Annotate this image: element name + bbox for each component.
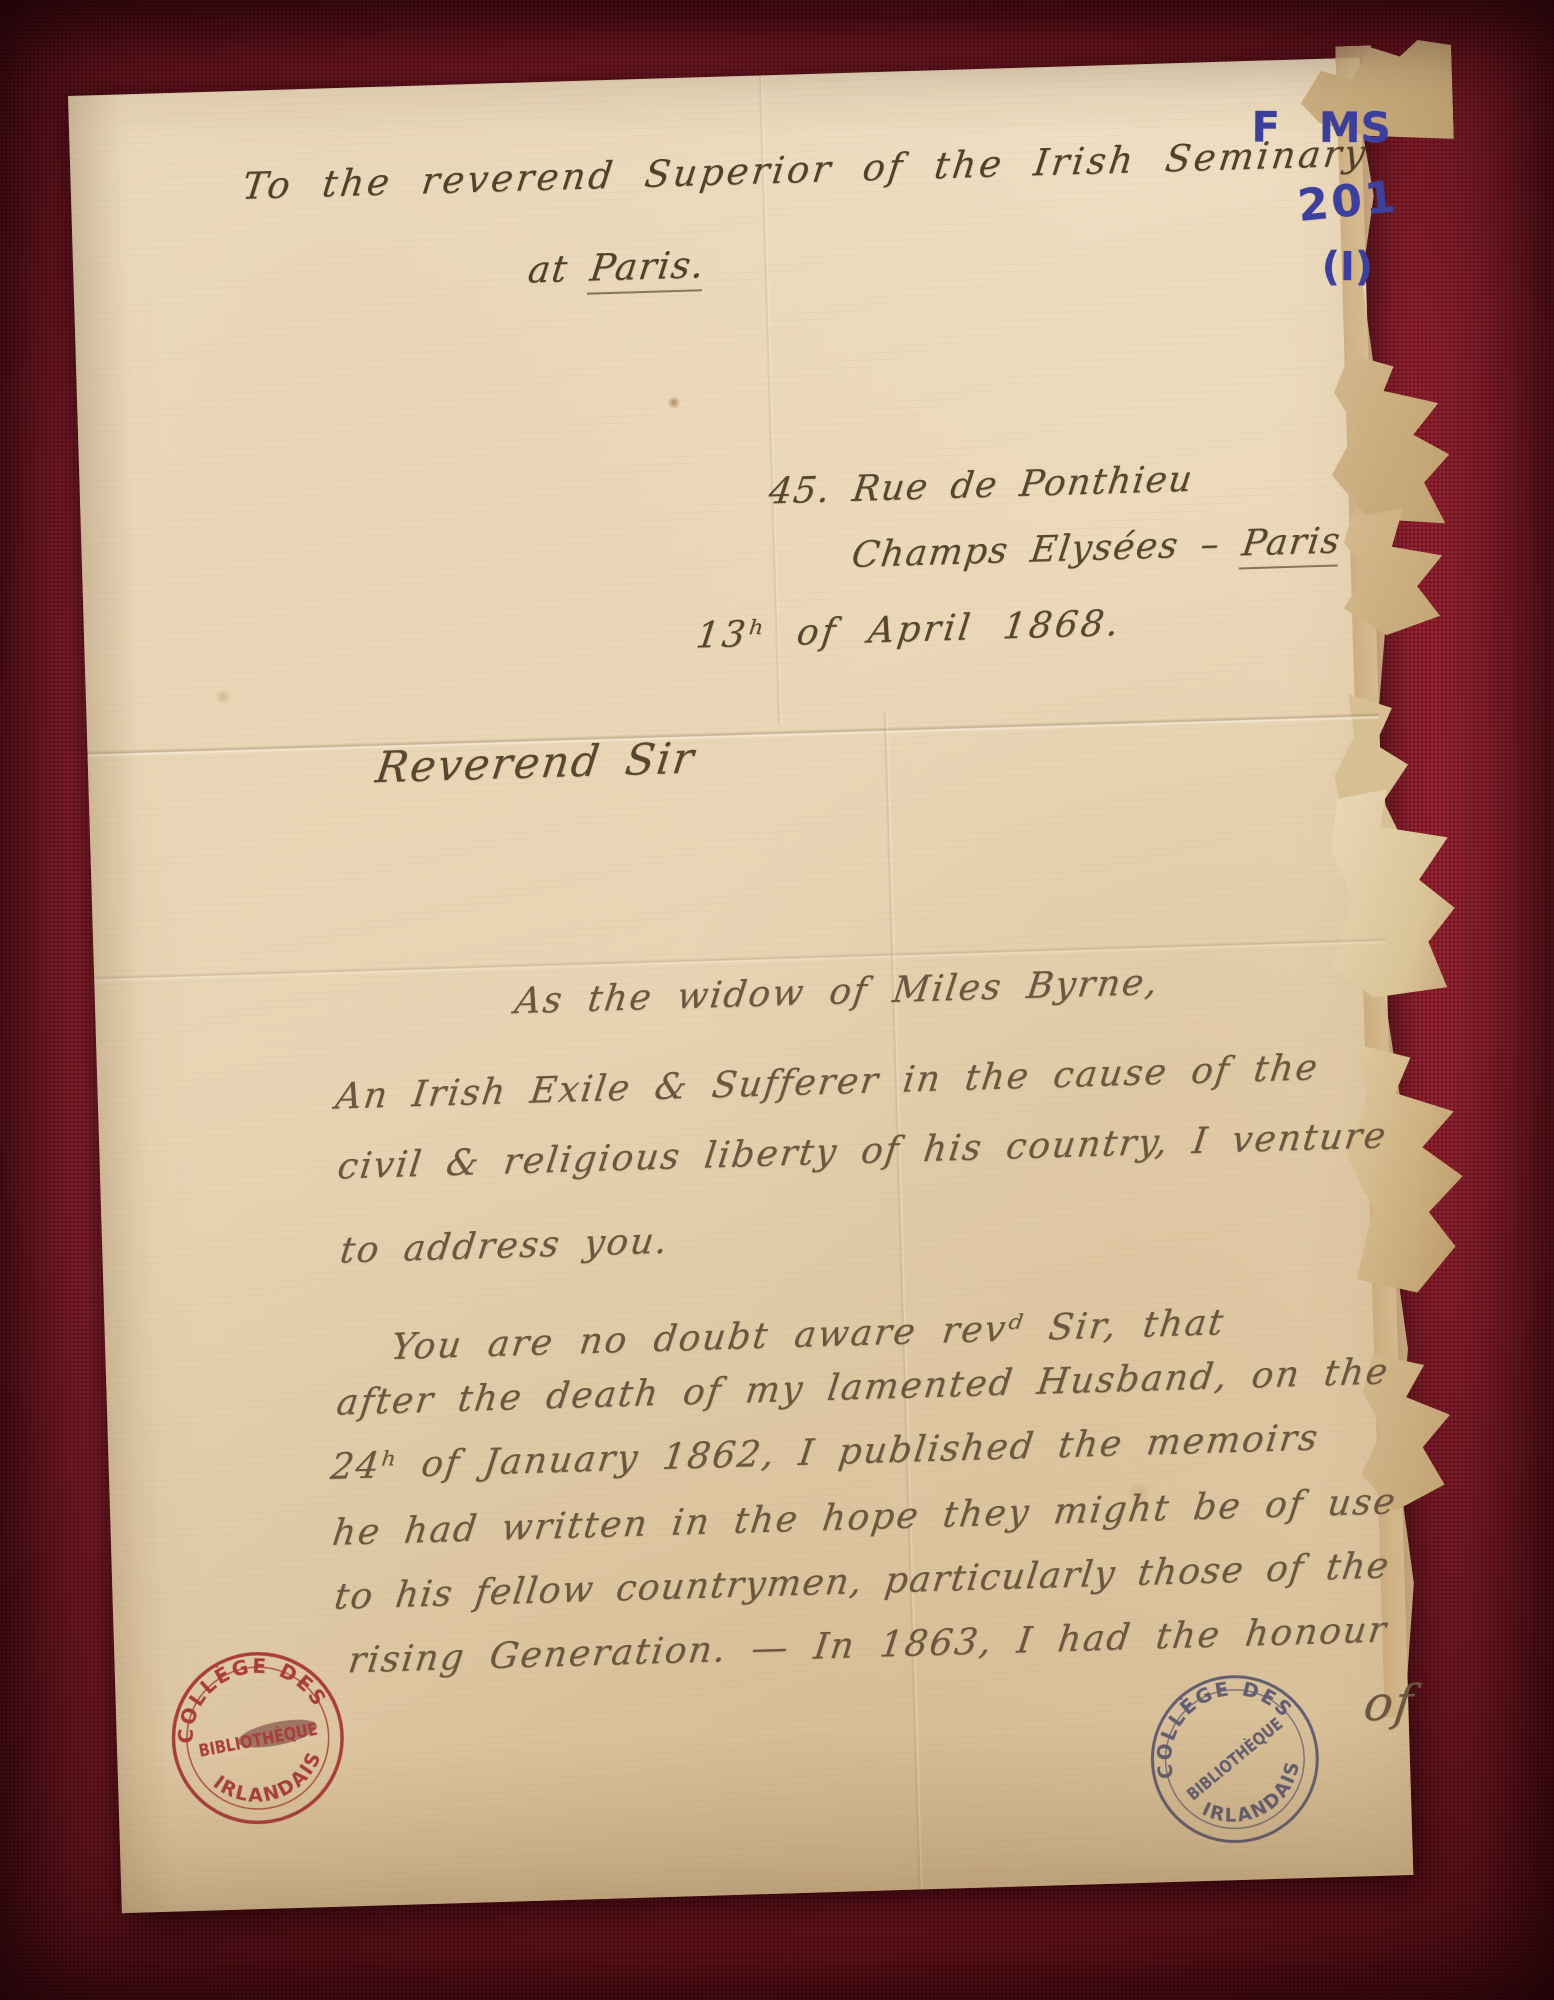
address-line-1: 45. Rue de Ponthieu (766, 459, 1195, 513)
letter-page: F MS 201 (I) To the reverend Superior of… (68, 58, 1413, 1914)
address-place-underlined: Paris (1239, 520, 1344, 569)
fold-crease-vertical (883, 712, 924, 1890)
salutation: Reverend Sir (373, 734, 699, 794)
heading-line-2: at Paris. (526, 243, 708, 291)
shelfmark-line-3: (I) (1322, 244, 1374, 290)
body-line: 24ʰ of January 1862, I published the mem… (328, 1417, 1322, 1488)
body-line: An Irish Exile & Sufferer in the cause o… (333, 1047, 1321, 1117)
address-line-3: 13ʰ of April 1868. (694, 603, 1124, 657)
library-stamp-blue: COLLÈGE DES BIBLIOTHÈQUE IRLANDAIS (1115, 1639, 1355, 1879)
archive-photo: F MS 201 (I) To the reverend Superior of… (0, 0, 1554, 2000)
body-line: to his fellow countrymen, particularly t… (332, 1545, 1392, 1617)
body-line: he had written in the hope they might be… (330, 1481, 1399, 1554)
body-line: You are no doubt aware revᵈ Sir, that (389, 1302, 1228, 1368)
torn-edge-piece (1343, 1041, 1466, 1294)
heading-line-2-pre: at (526, 246, 594, 291)
catchword: of (1361, 1675, 1418, 1733)
fold-crease-horizontal (87, 712, 1379, 757)
torn-edge-piece (1332, 692, 1416, 844)
heading-line-1: To the reverend Superior of the Irish Se… (240, 131, 1371, 208)
shelfmark-line-2: 201 (1295, 171, 1400, 232)
body-line: to address you. (338, 1221, 672, 1272)
address-line-2: Champs Elysées – Paris (849, 520, 1343, 576)
torn-edge-flap (1327, 787, 1457, 999)
torn-edge-piece (1341, 507, 1445, 636)
ink-stain (667, 396, 680, 409)
address-line-2-pre: Champs Elysées – (849, 523, 1244, 576)
torn-edge-piece (1328, 351, 1451, 526)
torn-edge-strip (1335, 45, 1421, 1717)
heading-place-underlined: Paris. (587, 243, 708, 295)
body-line: civil & religious liberty of his country… (335, 1115, 1390, 1187)
stamp-middle-text: BIBLIOTHÈQUE (197, 1718, 320, 1762)
body-line: As the widow of Miles Byrne, (512, 962, 1161, 1022)
library-stamp-red: COLLÈGE DES BIBLIOTHÈQUE IRLANDAIS (146, 1626, 370, 1850)
foxing-spot (214, 689, 232, 704)
